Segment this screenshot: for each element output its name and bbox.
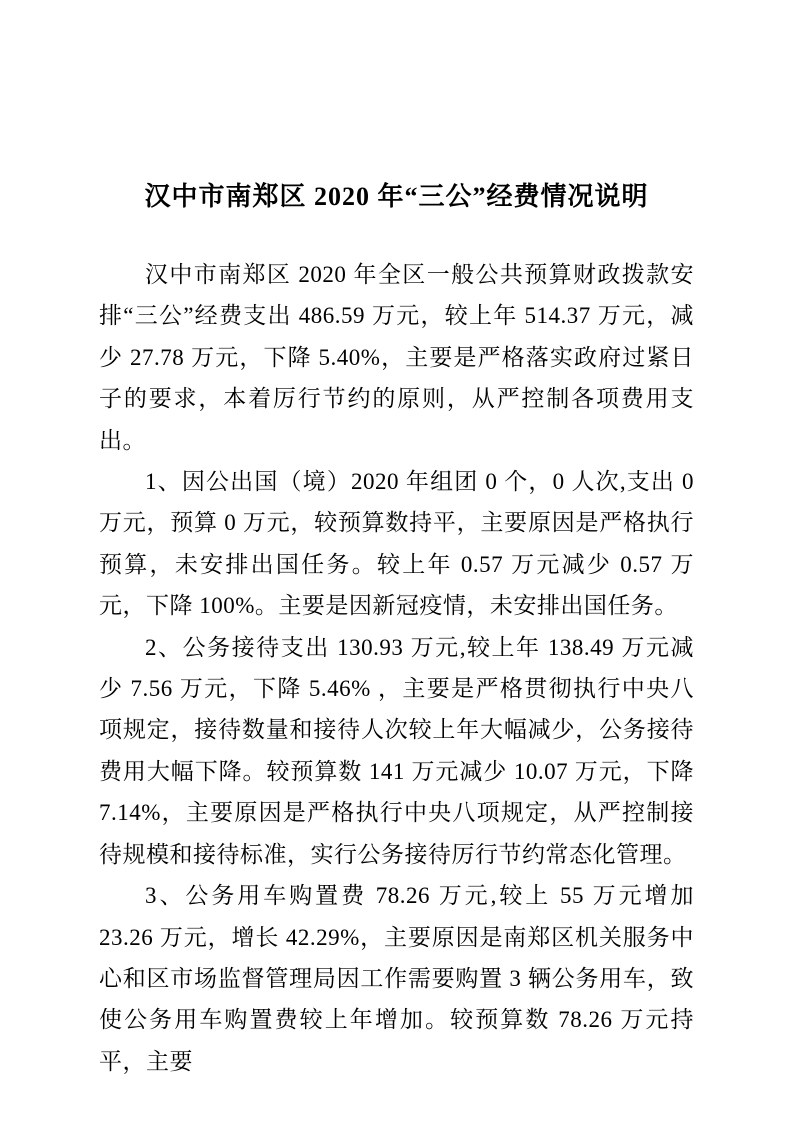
document-title: 汉中市南郑区 2020 年“三公”经费情况说明 [99,176,694,217]
paragraph-item-2-official-reception: 2、公务接待支出 130.93 万元,较上年 138.49 万元减少 7.56 … [99,627,694,875]
paragraph-item-3-vehicle-purchase: 3、公务用车购置费 78.26 万元,较上 55 万元增加 23.26 万元，增… [99,875,694,1082]
document-page: 汉中市南郑区 2020 年“三公”经费情况说明 汉中市南郑区 2020 年全区一… [0,0,793,1122]
document-body: 汉中市南郑区 2020 年全区一般公共预算财政拨款安排“三公”经费支出 486.… [99,254,694,1082]
paragraph-summary: 汉中市南郑区 2020 年全区一般公共预算财政拨款安排“三公”经费支出 486.… [99,254,694,461]
paragraph-item-1-abroad-trips: 1、因公出国（境）2020 年组团 0 个，0 人次,支出 0 万元，预算 0 … [99,461,694,627]
